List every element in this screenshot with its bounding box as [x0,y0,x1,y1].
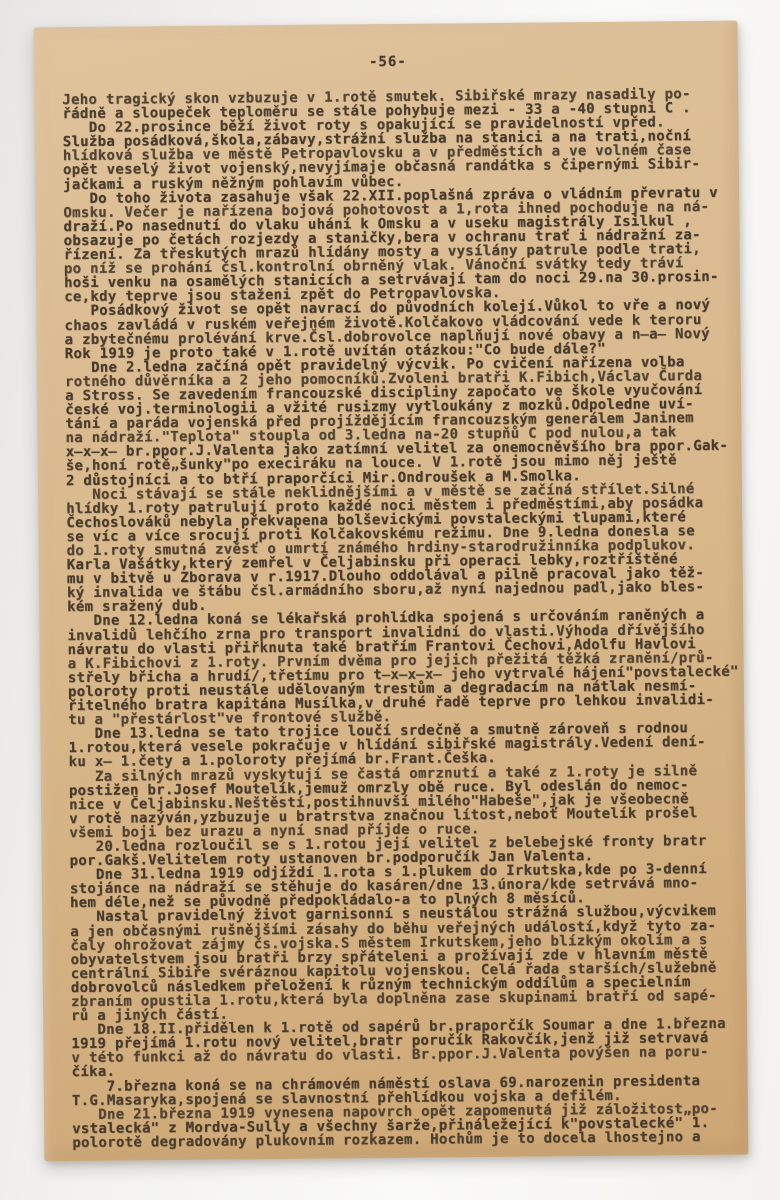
photo-background: -56- Jeho tragický skon vzbuzuje v 1.rot… [0,0,780,1200]
page-content: -56- Jeho tragický skon vzbuzuje v 1.rot… [62,51,724,1153]
typewritten-text: Jeho tragický skon vzbuzuje v 1.rotě smu… [62,87,724,1150]
document-page: -56- Jeho tragický skon vzbuzuje v 1.rot… [34,21,749,1162]
page-number: -56- [62,51,714,73]
